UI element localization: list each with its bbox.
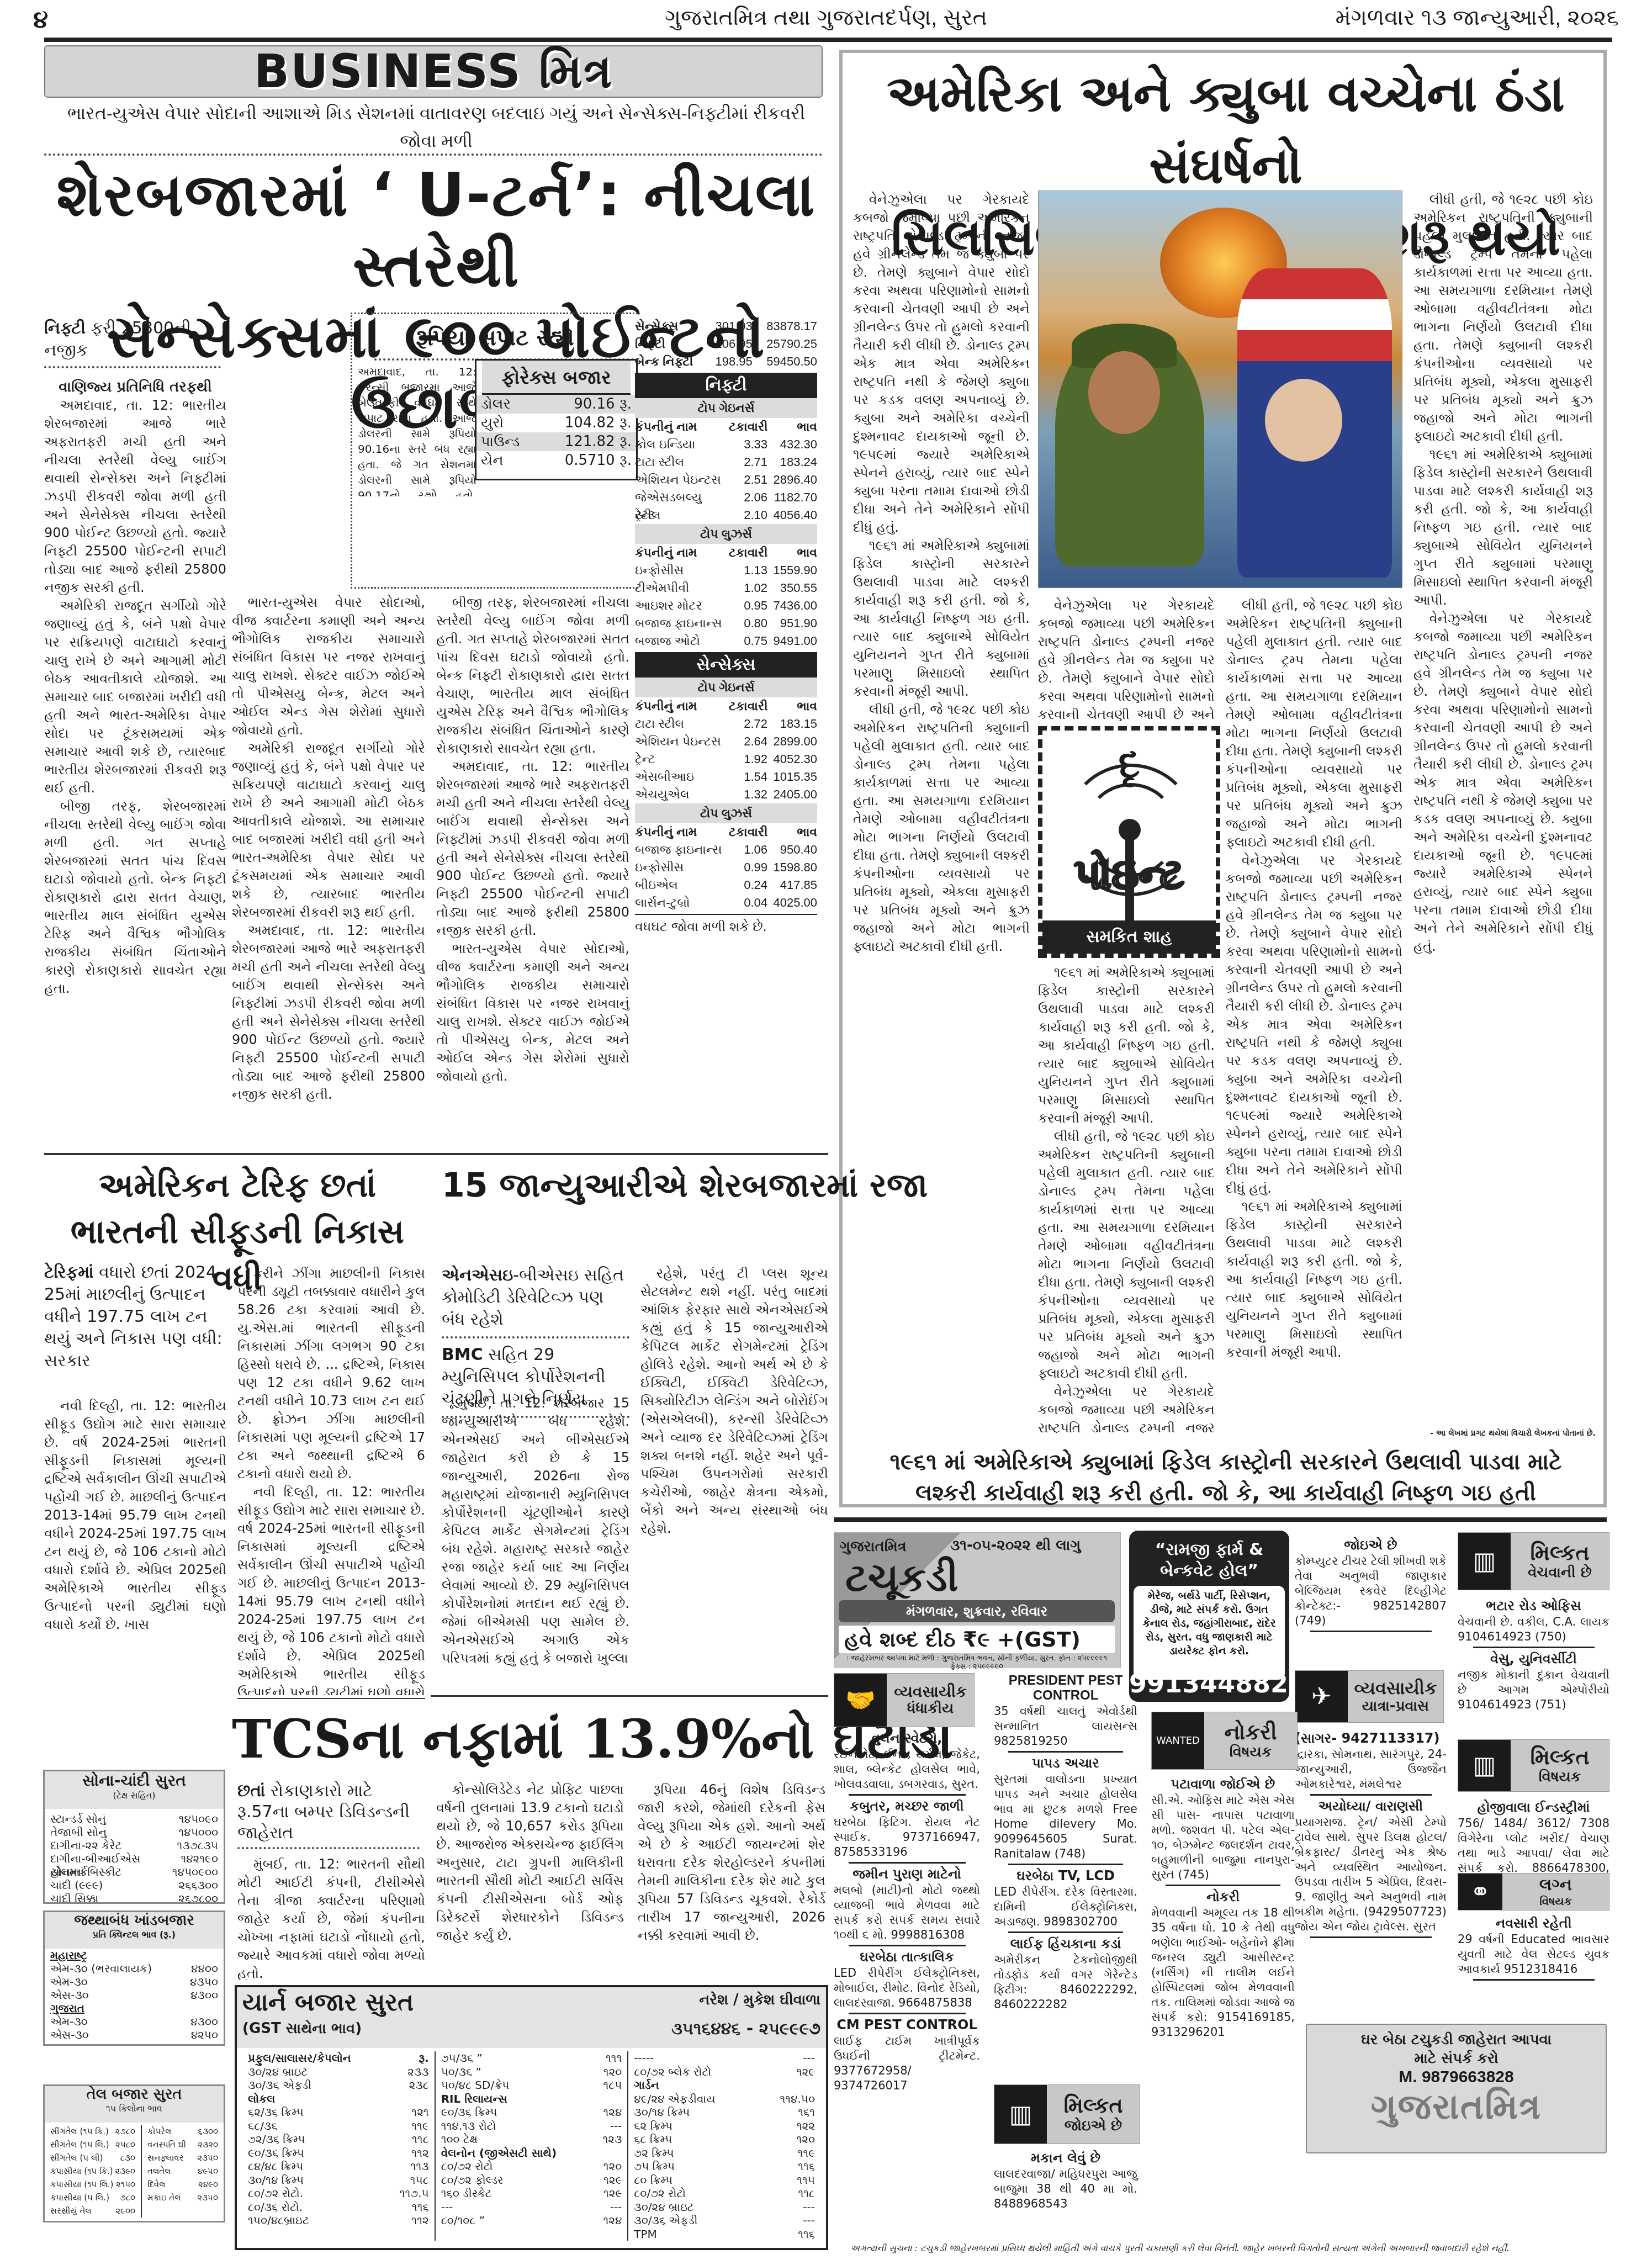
classifieds-disclaimer: અગત્યની સુચના : ટચુકડી જાહેરખબરમાં પ્રસિ…	[850, 2243, 1612, 2254]
pct: 2.51	[729, 471, 767, 489]
issue-date: મંગળવાર ૧૩ જાન્યુઆરી, ૨૦૨૬	[1336, 6, 1619, 30]
price: ૨૬૭૮૦૦	[178, 1892, 218, 1905]
table-row: ટાટા સ્ટીલ2.71183.24	[635, 453, 817, 471]
table-row: જેએસડબલ્યુ સ્ટીલ2.061182.70	[635, 489, 817, 506]
feature-col1: વેનેઝુએલા પર ગેરકાયદે કબજો જમાવ્યા પછી અ…	[853, 190, 1030, 1433]
price: ૨૩૯૦	[115, 2165, 135, 2178]
pct: 1.92	[729, 750, 767, 768]
yarn-item: પ્રફુલ/સાલાસર/કેપલોન	[248, 2051, 351, 2065]
classified-column-2: PRESIDENT PEST CONTROL 35 વર્ષથી ચાલતું …	[994, 1673, 1137, 2012]
price: ૧૪૫૦૯૦૦	[172, 1865, 218, 1878]
region-label: ગુજરાત	[45, 2002, 224, 2015]
yarn-row: ૭૨/૩૬ ક્રિમ્પ૧૧૮	[248, 2132, 429, 2146]
pct: 1.02	[729, 579, 767, 597]
table-row: ઇન્ફોસીસ0.991598.80	[635, 859, 817, 876]
price-row: કપાસીયા (૧૫ કિ.)૨૩૯૦	[45, 2165, 141, 2178]
price: ૧૪૫૦૯૦	[179, 1812, 218, 1825]
masthead: ૪ ગુજરાતમિત્ર તથા ગુજરાતદર્પણ, સુરત મંગળ…	[0, 0, 1652, 39]
ad-body: મેળવવાની અમૂલ્ય તક 18 થી 35 વર્ષના ધો. 1…	[1151, 1906, 1295, 2039]
index-change: 106.95	[715, 335, 752, 353]
holiday-headline: 15 જાન્યુઆરીએ શેરબજારમાં રજા	[442, 1162, 828, 1209]
table-row: એસબીઆઇ1.541015.35	[635, 768, 817, 786]
oil-market-box: તેલ બજાર સુરત ૧૫ કિલોના ભાવ સીંગતેલ (૧૫ …	[43, 2084, 225, 2222]
item: દાગીના-બીઆઈએસ હોલમાર્ક	[50, 1852, 181, 1865]
story-paragraph: વેનેઝુએલા પર ગેરકાયદે કબજો જમાવ્યા પછી અ…	[853, 190, 1030, 537]
business-banner-title: BUSINESS મિત્ર	[254, 44, 613, 99]
price: ૭૮૦	[120, 2191, 135, 2204]
yarn-price: ૧૨૯	[797, 2065, 815, 2079]
kicker-bold: છતાં	[237, 1781, 265, 1801]
business-subhead: ભારત-યુએસ વેપાર સોદાની આશાએ મિડ સેશનમાં …	[55, 99, 817, 155]
nifty-header: નિફ્ટી	[635, 373, 817, 398]
item: એમ-૩૦	[50, 1975, 88, 1988]
story-paragraph: ૧૯૬૧ માં અમેરિકાએ ક્યુબામાં ફિડેલ કાસ્ટ્…	[1413, 446, 1593, 610]
price: 9491.00	[767, 632, 817, 650]
index-change: 198.95	[715, 353, 752, 371]
story-paragraph: નવી દિલ્હી, તા. 12: ભારતીય સીફૂડ ઉદ્યોગ …	[237, 1483, 425, 1695]
yarn-item: ૧૫૦/૪૮બ્રાઇટ	[248, 2214, 309, 2227]
category-header-marriage: ⚭ લગ્નવિષયક	[1458, 1873, 1609, 1911]
company: ઇન્ફોસીસ	[635, 562, 729, 579]
price: 4052.30	[767, 750, 817, 768]
item: એસ-૩૦	[50, 2028, 89, 2041]
classified-ad: નવસારી રહેતી 29 વર્ષની Educated ભાવસાર ય…	[1458, 1916, 1609, 1984]
company: ટાટા સ્ટીલ	[635, 715, 729, 733]
price: 1182.70	[767, 489, 817, 506]
pct: 0.24	[729, 876, 767, 894]
price: 183.15	[767, 715, 817, 733]
story-paragraph: ભારત-યુએસ વેપાર સોદાઓ, વીજ ક્વાર્ટરના કમ…	[436, 940, 629, 1086]
company: એચયુએલ	[635, 786, 729, 803]
yarn-price: ૧૧૮	[412, 2132, 429, 2146]
yarn-item: ૭૫/૩૬ ”	[441, 2051, 483, 2065]
price-row: દિવેલ૨૪૯૦	[142, 2178, 224, 2191]
item: સરસીયું તેલ	[50, 2204, 92, 2218]
price-row: સનફ્લાવર૨૩૫૦	[142, 2151, 224, 2165]
building-icon: ▥	[994, 2085, 1047, 2144]
index-value: 83878.17	[766, 317, 817, 335]
divider	[1310, 1794, 1432, 1796]
yarn-item: ૮૦/૭૨ રોટો	[634, 2187, 686, 2200]
ad-body: દ્વારકા, સોમનાથ, સારંગપુર, 24- જાન્યુઆરી…	[1295, 1748, 1447, 1791]
item: વનસ્પતિ ઘી	[147, 2138, 186, 2151]
story-paragraph: ૧૯૬૧ માં અમેરિકાએ ક્યુબામાં ફિડેલ કાસ્ટ્…	[853, 537, 1030, 701]
top-gainers-header: ટોપ ગેઇનર્સ	[635, 678, 817, 697]
rate: 104.82 રૂ.	[565, 414, 632, 432]
gold-silver-subtitle: (ટેક્ષ સહિત)	[45, 1790, 224, 1801]
yarn-item: -----	[634, 2051, 654, 2065]
yarn-row: ૭૫/૩૬ ”૧૧૧	[441, 2051, 622, 2065]
price: ૪૩૫૦	[190, 1975, 218, 1988]
classifieds-rule	[834, 1517, 1607, 1522]
table-row: ટાટા સ્ટીલ2.72183.15	[635, 715, 817, 733]
story-paragraph: વેનેઝુએલા પર ગેરકાયદે કબજો જમાવ્યા પછી અ…	[1226, 851, 1402, 1198]
story-paragraph: ૧૯૬૧ માં અમેરિકાએ ક્યુબામાં ફિડેલ કાસ્ટ્…	[1038, 964, 1215, 1128]
lead-kicker: નિફ્ટી ફરી 25800ની નજીક	[44, 317, 221, 368]
price-row: દાગીના-૨૨ કેરેટ૧૩૭૮૩૫	[45, 1839, 224, 1852]
category-label: મિલ્કત	[1511, 1745, 1609, 1770]
price: ૨૩૫૦	[197, 2151, 218, 2165]
yarn-item: ગાર્ડન	[634, 2078, 659, 2092]
yarn-row: ૭૫ ક્રિમ્પ૧૧૬	[634, 2160, 815, 2173]
ad-title: ઘરબેઠા TV, LCD	[994, 1869, 1137, 1883]
yarn-price: ૧૨૯	[603, 2187, 622, 2200]
price: 2899.00	[767, 733, 817, 750]
table-row: ટીએમપીવી1.02350.55	[635, 579, 817, 597]
holiday-col2: રહેશે, પરંતુ ટી પ્લસ શૂન્ય સેટલમેન્ટ થશે…	[640, 1264, 828, 1692]
ad-body: પ્રયાગરાજ. ટ્રેન/ એસી ટેમ્પો ટ્રાવેલ સાથ…	[1295, 1816, 1447, 1933]
pct: 0.99	[729, 859, 767, 876]
yarn-row: ૩૦/૩૬ એફડી૨૩૮	[248, 2078, 429, 2092]
yarn-item: ૯૦/૩૬ ક્રિમ્પ	[248, 2146, 304, 2160]
ad-body: કોમ્પ્યુટર ટીચર ટેલી શીખવી શકે તેવા અનુભ…	[1295, 1554, 1447, 1627]
price: ૨૭૮૦	[115, 2125, 136, 2138]
index-name: બેન્ક નિફ્ટી	[635, 353, 701, 371]
story-paragraph: બીજી તરફ, શેરબજારમાં નીચલા સ્તરેથી વેલ્ય…	[436, 594, 629, 758]
yarn-price: ---	[803, 2214, 815, 2227]
ad-title: ઘરબેઠા તાત્કાલિક	[834, 1950, 980, 1965]
divider	[1008, 1864, 1123, 1865]
story-paragraph: અમદાવાદ, તા. 12: ભારતીય શેરબજારમાં આજે ભ…	[44, 396, 226, 597]
yarn-row: ૮૪/૪૮ ક્રિમ્પ૧૧૩	[248, 2160, 429, 2173]
price-row: કપાસીયા (૫ લિ.)૭૮૦	[45, 2191, 141, 2204]
yarn-row: લોકલ	[248, 2092, 429, 2106]
yarn-item: TPM	[634, 2227, 657, 2241]
price-row: એમ-૩૦૪૩૫૦	[45, 1975, 224, 1988]
category-label: લગ્ન	[1502, 1876, 1609, 1895]
yarn-column: ૭૫/૩૬ ”૧૧૧૫૦/૩૬ ”૧૨૦૫૦/૪૮ SD/ક્રેપ૧૮૫RIL…	[436, 2051, 629, 2241]
yarn-item: ૮૪/૪૮ ક્રિમ્પ	[248, 2160, 303, 2173]
item: કપાસીયા (૧૫ કિ.)	[50, 2165, 113, 2178]
category-header-property-wanted: ▥ મિલ્કતજોઇએ છે	[994, 2084, 1140, 2144]
yarn-row: ૯૦/૩૬ ક્રિમ્પ૧૧૨	[248, 2146, 429, 2160]
yarn-item: ૮૦/૩૬ રોટો.	[248, 2200, 303, 2214]
yarn-row: ૬૮/૩૬૧૧૯	[248, 2119, 429, 2133]
oil-header: તેલ બજાર સુરત ૧૫ કિલોના ભાવ	[45, 2086, 224, 2123]
yarn-item: ૧૦૦ ટેક્ષ	[441, 2132, 478, 2146]
divider	[44, 366, 221, 368]
yarn-row: ૫૦/૩૬ ”૧૨૦	[441, 2065, 622, 2079]
price-row: તેજાબી સોનું૧૪૫૦૦૦	[45, 1825, 224, 1839]
company: ઇન્ફોસીસ	[635, 859, 729, 876]
yarn-row: ૮૦/૭૨ બ્લેક રોટો૧૨૯	[634, 2065, 815, 2079]
lead-story-col1: વાણિજ્ય પ્રતિનિધિ તરફથી અમદાવાદ, તા. 12:…	[44, 378, 226, 1146]
item: સીંગતેલ (૧૫ લિ.)	[50, 2138, 109, 2151]
yarn-item: ૭૨ ક્રિમ્પ	[634, 2146, 674, 2160]
item: સીંગતેલ (૫ લી)	[50, 2151, 103, 2165]
yarn-price: ૧૧૨	[411, 2146, 428, 2160]
currency: પાઉન્ડ	[481, 432, 520, 451]
yarn-row: ૩૦/૨૪ બ્રાઇટ૨૩૩	[248, 2065, 429, 2079]
pct: 1.13	[729, 562, 767, 579]
col-name: કંપનીનું નામ	[635, 823, 729, 841]
yarn-item: ૩૦/૨૪ બ્રાઇટ	[248, 2065, 308, 2079]
price-row: સોનાનાં બિસ્કીટ૧૪૫૦૯૦૦	[45, 1865, 224, 1878]
price: ૧૩૭૮૩૫	[177, 1839, 218, 1852]
yarn-row: ૩૦/૨૪ બ્રાઇટ---	[634, 2200, 815, 2214]
yarn-price: ૧૮૫	[603, 2078, 622, 2092]
sugar-title: જથ્થાબંધ ખાંડબજાર	[45, 1912, 224, 1929]
divider	[442, 1336, 629, 1338]
tcs-col1: મુંબઈ, તા. 12: ભારતની સૌથી મોટી આઈટી કંપ…	[237, 1855, 425, 1980]
company: આઇશર મોટર	[635, 597, 729, 615]
category-sublabel: યાત્રા-પ્રવાસ	[1348, 1698, 1443, 1715]
index-row: નિફ્ટી106.9525790.25	[635, 335, 817, 353]
tichukdi-effective-date: ૩૧-૦૫-૨૦૨૨ થી લાગુ	[950, 1537, 1081, 1554]
divider	[237, 1698, 425, 1699]
forex-row: યેન0.5710 રૂ.	[476, 451, 636, 470]
pct: 2.64	[729, 733, 767, 750]
col-pct: ટકાવારી	[729, 544, 767, 562]
forex-table: ફોરેક્સ બજાર ડોલર90.16 રૂ. યુરો104.82 રૂ…	[475, 359, 638, 480]
category-header-property-sale: ▥ મિલ્કતવેચવાની છે	[1458, 1532, 1609, 1590]
feature-headline-line1: અમેરિકા અને ક્યુબા વચ્ચેના ઠંડા સંઘર્ષનો	[861, 58, 1590, 202]
yarn-price: ૧૬૧	[798, 2105, 815, 2119]
story-paragraph: મુંબઈ, તા. 12: ભારતની સૌથી મોટી આઈટી કંપ…	[237, 1855, 425, 1980]
yarn-price: ૧૨૪	[603, 2214, 622, 2227]
price-row: એમ-૩૦ (ભરવાલાયક)૪૪૦૦	[45, 1962, 224, 1975]
tcs-headline: TCSના નફામાં 13.9%નો ઘટાડો	[232, 1706, 828, 1772]
company: બજાજ ફાઇનાન્સ	[635, 615, 729, 632]
building-icon: ▥	[1458, 1533, 1511, 1590]
tichukdi-days: મંગળવાર, શુક્રવાર, રવિવાર	[839, 1600, 1115, 1622]
price: ૨૧૫૦	[116, 2178, 135, 2191]
top-gainers-header: ટોપ ગેઇનર્સ	[635, 398, 817, 418]
ad-body: LED રીપેરીંગ ઈલેક્ટ્રોનિક્સ, મોબાઈલ, રીમ…	[834, 1966, 980, 2009]
yarn-row: ૮૦/૭૨ રોટો.૧૧૭.૫	[248, 2187, 429, 2200]
sensex-header: સેન્સેક્સ	[635, 652, 817, 678]
category-label: નોકરી	[1204, 1721, 1297, 1745]
yarn-title: યાર્ન બજાર સુરત	[242, 1988, 414, 2017]
rupee-box-title: રૂપિયો સપાટ રહ્યો	[352, 325, 638, 351]
divider	[237, 1847, 420, 1849]
price: 951.90	[767, 615, 817, 632]
section-rule	[44, 1153, 828, 1155]
price: 1015.35	[767, 768, 817, 786]
yarn-item: ૩૦/૧૪ ક્રિમ્પ	[634, 2105, 690, 2119]
pct: 0.95	[729, 597, 767, 615]
currency: યુરો	[481, 414, 504, 432]
item: એસ-૩૦	[50, 1988, 89, 2002]
feature-pullquote: ૧૯૬૧ માં અમેરિકાએ ક્યુબામાં ફિડેલ કાસ્ટ્…	[861, 1447, 1590, 1509]
yarn-price: રૂ.	[419, 2051, 428, 2065]
table-row: બજાજ ફાઇનાન્સ1.06950.40	[635, 841, 817, 859]
yarn-price: ૧૨૧	[411, 2105, 428, 2119]
yarn-item: ૪૯/૨૪ એફડીવાય	[634, 2092, 715, 2106]
story-paragraph: મુંબઈ, તા. 12: શેરબજાર 15 જાન્યુઆરીએ બંધ…	[442, 1394, 629, 1668]
category-header-property: ▥ મિલ્કતવિષયક	[1458, 1739, 1609, 1792]
divider	[44, 154, 823, 156]
yarn-item: ૮૦ ક્રિમ્પ	[634, 2173, 673, 2187]
category-header-travel: ✈ વ્યવસાયીકયાત્રા-પ્રવાસ	[1295, 1670, 1444, 1723]
ad-title: વેસુ, યુનિવર્સીટી	[1458, 1652, 1609, 1666]
divider	[849, 2013, 966, 2014]
price: ૮૩૦	[120, 2151, 135, 2165]
classified-ad: (સાગર- 9427113317) દ્વારકા, સોમનાથ, સારં…	[1295, 1731, 1447, 1941]
yarn-row: ૮૦/૧૦૮ ”૧૨૪	[441, 2214, 622, 2227]
table-row: એશિયન પેઇન્ટસ2.642899.00	[635, 733, 817, 750]
category-sublabel: વેચવાની છે	[1511, 1565, 1609, 1581]
price-row: વનસ્પતિ ઘી૨૩૨૦	[142, 2138, 224, 2151]
yarn-price: ૧૫૮	[410, 2173, 429, 2187]
company: ટ્રેન્ટ	[635, 506, 729, 524]
yarn-row: પ્રફુલ/સાલાસર/કેપલોનરૂ.	[248, 2051, 429, 2065]
yarn-item: RIL રિલાયન્સ	[441, 2092, 507, 2106]
story-paragraph: નવી દિલ્હી, તા. 12: ભારતીય સીફૂડ ઉદ્યોગ …	[44, 1397, 226, 1634]
yarn-item: ૧૬૦ ડીસ્કેટ	[441, 2187, 492, 2200]
category-sublabel: વિષયક	[1204, 1744, 1297, 1761]
rate: 90.16 રૂ.	[574, 395, 632, 414]
column-headers: કંપનીનું નામટકાવારીભાવ	[635, 697, 817, 715]
price: 432.30	[767, 436, 817, 453]
table-row: ટ્રેન્ટ2.104056.40	[635, 506, 817, 524]
index-name: સેન્સેક્સ	[635, 317, 701, 335]
item: તેજાબી સોનું	[50, 1825, 107, 1839]
company: ટાટા સ્ટીલ	[635, 453, 729, 471]
company: કોલ ઇન્ડિયા	[635, 436, 729, 453]
price: 183.24	[767, 453, 817, 471]
divider	[849, 1862, 966, 1864]
pct: 0.75	[729, 632, 767, 650]
col-price: ભાવ	[767, 418, 817, 436]
kicker-bold: નિફ્ટી	[44, 319, 86, 338]
divider	[431, 1695, 828, 1697]
yarn-item: ૮૦/૭૨ બ્લેક રોટો	[634, 2065, 711, 2079]
pct: 2.10	[729, 506, 767, 524]
col-pct: ટકાવારી	[729, 823, 767, 841]
ad-title: કબુતર, મચ્છર જાળી	[834, 1799, 980, 1814]
yarn-row: ------	[441, 2200, 622, 2214]
company: ટીએમપીવી	[635, 579, 729, 597]
ad-body: વેચવાની છે. વકીલ, C.A. લાયક 9104614923 (…	[1458, 1615, 1609, 1643]
yarn-price: ૧૧૬	[798, 2160, 815, 2173]
tichukdi-rate: હવે શબ્દ દીઠ ₹૯ +(GST)	[839, 1626, 1115, 1653]
story-paragraph: અમદાવાદ, તા. 12: ભારતીય શેરબજારમાં આજે ભ…	[436, 758, 629, 940]
company: જેએસડબલ્યુ સ્ટીલ	[635, 489, 729, 506]
price-row: દાગીના-બીઆઈએસ હોલમાર્ક૧૪૨૧૯૦	[45, 1852, 224, 1865]
item: સીંગતેલ (૧૫ કિ.)	[50, 2125, 109, 2138]
yarn-price: ૧૨૦	[796, 2132, 815, 2146]
yarn-row: ૮૦/૭૨ ફોલ્ડર૧૨૯	[441, 2173, 622, 2187]
tcs-col2: કોન્સોલિડેટેડ નેટ પ્રોફિટ પાછલા વર્ષની ત…	[436, 1781, 624, 1980]
category-sublabel: વિષયક	[1502, 1895, 1609, 1908]
tcs-kicker: છતાં રોકાણકારો માટે રૂ.57ના બમ્પર ડિવિડન…	[237, 1781, 420, 1849]
yarn-item: ૫૦/૩૬ ”	[441, 2065, 481, 2079]
pct: 0.04	[729, 894, 767, 912]
price-row: ચાંદી (૯૯૯)૨૬૬૩૦૦	[45, 1878, 224, 1892]
top-losers-header: ટોપ લુઝર્સ	[635, 524, 817, 544]
ghar-betha-line1: ઘર બેઠા ટચુકડી જાહેરાત આપવા	[1307, 2030, 1606, 2049]
ad-body: રેઈનકોટ, ઈનર, થર્મલ, જેકેટ, શાલ, બ્લેન્ક…	[834, 1748, 980, 1791]
story-paragraph: અમદાવાદ, તા. 12: ભારતીય શેરબજારમાં આજે ભ…	[232, 922, 425, 1104]
category-sublabel: જોઇએ છે	[1047, 2118, 1140, 2135]
price: 7436.00	[767, 597, 817, 615]
story-paragraph: રહેશે, પરંતુ ટી પ્લસ શૂન્ય સેટલમેન્ટ થશે…	[640, 1264, 828, 1538]
price: ૧૪૨૧૯૦	[181, 1852, 218, 1865]
ramji-title: “રામજી ફાર્મ & બેન્કવેટ હોલ”	[1129, 1531, 1289, 1581]
col-price: ભાવ	[767, 697, 817, 715]
table-row: કોલ ઇન્ડિયા3.33432.30	[635, 436, 817, 453]
company: બજાજ ઓટો	[635, 632, 729, 650]
divider	[849, 1945, 966, 1946]
ramji-phone: 9913448822	[1129, 1669, 1289, 1698]
ad-body: 35 વર્ષથી ચાલતું એવોર્ડથી સન્માનિત લાયસન…	[994, 1705, 1137, 1748]
story-paragraph: લીધી હતી, જે ૧૯૨૮ પછી કોઇ અમેરિકન રાષ્ટ્…	[853, 701, 1030, 956]
gujaratmitra-logo: ગુજરાતમિત્ર	[1307, 2087, 1606, 2128]
yarn-item: ૯૦/૩૬ ક્રિમ્પ	[441, 2105, 497, 2119]
item: કપાસીયા (૧૫ લિ.)	[50, 2178, 113, 2191]
yarn-item: ૮૦/૭૨ રોટો	[441, 2160, 493, 2173]
yarn-price: ૧૨૦	[603, 2160, 622, 2173]
price-row: સ્ટાન્ડર્ડ સોનું૧૪૫૦૯૦	[45, 1812, 224, 1825]
tariff-col1: નવી દિલ્હી, તા. 12: ભારતીય સીફૂડ ઉદ્યોગ …	[44, 1397, 226, 1662]
category-header-jobs: WANTED નોકરીવિષયક	[1151, 1712, 1298, 1770]
divider	[1473, 1979, 1595, 1981]
yarn-item: ૭૫ ક્રિમ્પ	[634, 2160, 675, 2173]
handshake-icon: ⚭	[1458, 1874, 1502, 1910]
classified-ad: ભટાર રોડ ઓફિસ વેચવાની છે. વકીલ, C.A. લાય…	[1458, 1599, 1609, 1712]
gold-silver-header: સોના-ચાંદી સુરત (ટેક્ષ સહિત)	[45, 1771, 224, 1809]
opinion-note: - આ લેખમાં પ્રગટ થયેલાં વિચારો લેખકનાં પ…	[1413, 1429, 1596, 1438]
feature-col3: લીધી હતી, જે ૧૯૨૮ પછી કોઇ અમેરિકન રાષ્ટ્…	[1226, 596, 1402, 1433]
yarn-price: ૧૧૯	[411, 2119, 428, 2133]
price: 950.40	[767, 841, 817, 859]
story-paragraph: વેનેઝુએલા પર ગેરકાયદે કબજો જમાવ્યા પછી અ…	[1038, 1383, 1215, 1433]
business-banner: BUSINESS મિત્ર	[44, 45, 823, 98]
index-value: 25790.25	[766, 335, 817, 353]
category-label: મિલ્કત	[1047, 2094, 1140, 2118]
ad-title: મકાન લેવું છે	[994, 2151, 1137, 2166]
price-row: એસ-૩૦૪૩૦૦	[45, 1988, 224, 2002]
yarn-row: ૮૦/૩૬ રોટો.૧૧૬	[248, 2200, 429, 2214]
price: ૨૫૮૦	[115, 2138, 135, 2151]
col-name: કંપનીનું નામ	[635, 418, 729, 436]
yarn-price: ૧૧૯	[798, 2146, 815, 2160]
cartoon-illustration	[1038, 190, 1402, 588]
yarn-row: ૧૬૦ ડીસ્કેટ૧૨૯	[441, 2187, 622, 2200]
table-row: ટ્રેન્ટ1.924052.30	[635, 750, 817, 768]
category-header-business: 🤝 વ્યવસાયીકધંધાકીય	[834, 1673, 975, 1727]
item: સ્ટાન્ડર્ડ સોનું	[50, 1812, 106, 1825]
price: ૨૯૦૦	[115, 2204, 135, 2218]
classified-column-1: વુલન સ્વેટરો, રેઈનકોટ, ઈનર, થર્મલ, જેકેટ…	[834, 1731, 980, 2093]
feature-col4: લીધી હતી, જે ૧૯૨૮ પછી કોઇ અમેરિકન રાષ્ટ્…	[1413, 190, 1593, 1433]
price-row: તલતેલ૪૯૫૦	[142, 2165, 224, 2178]
index-value: 59450.50	[766, 353, 817, 371]
company: લાર્સન-ટુબ્રો	[635, 894, 729, 912]
category-label: મિલ્કત	[1511, 1541, 1609, 1565]
yarn-row: ૬૨/૩૬ ક્રિમ્પ૧૨૧	[248, 2105, 429, 2119]
yarn-subtitle: (GST સાથેના ભાવ)	[242, 2020, 362, 2038]
price-row: સરસીયું તેલ૨૯૦૦	[45, 2204, 141, 2218]
story-paragraph: વેનેઝુએલા પર ગેરકાયદે કબજો જમાવ્યા પછી અ…	[1413, 610, 1593, 956]
price: 1598.80	[767, 859, 817, 876]
yarn-item: ૮૦/૭૨ રોટો.	[248, 2187, 303, 2200]
table-row: ઇન્ફોસીસ1.131559.90	[635, 562, 817, 579]
category-label: વ્યવસાયીક	[1348, 1678, 1443, 1698]
holiday-col1: મુંબઈ, તા. 12: શેરબજાર 15 જાન્યુઆરીએ બંધ…	[442, 1394, 629, 1692]
yarn-row: ૪૯/૨૪ એફડીવાય૧૧૪.૫૦	[634, 2092, 815, 2106]
yarn-row: ૮૦ ક્રિમ્પ૧૧૫	[634, 2173, 815, 2187]
yarn-row: ૫૦/૪૮ SD/ક્રેપ૧૮૫	[441, 2078, 622, 2092]
story-paragraph: લીધી હતી, જે ૧૯૨૮ પછી કોઇ અમેરિકન રાષ્ટ્…	[1413, 190, 1593, 446]
tcs-col3: રૂપિયા 46નું વિશેષ ડિવિડન્ડ જારી કરશે, જ…	[638, 1781, 825, 1980]
story-paragraph: ભારત-યુએસ વેપાર સોદાઓ, વીજ ક્વાર્ટરના કમ…	[232, 594, 425, 739]
yarn-price: ૧૧૩	[411, 2160, 429, 2173]
price: ૨૬૬૩૦૦	[178, 1878, 218, 1892]
yarn-price: ---	[610, 2200, 622, 2214]
price: 2896.40	[767, 471, 817, 489]
